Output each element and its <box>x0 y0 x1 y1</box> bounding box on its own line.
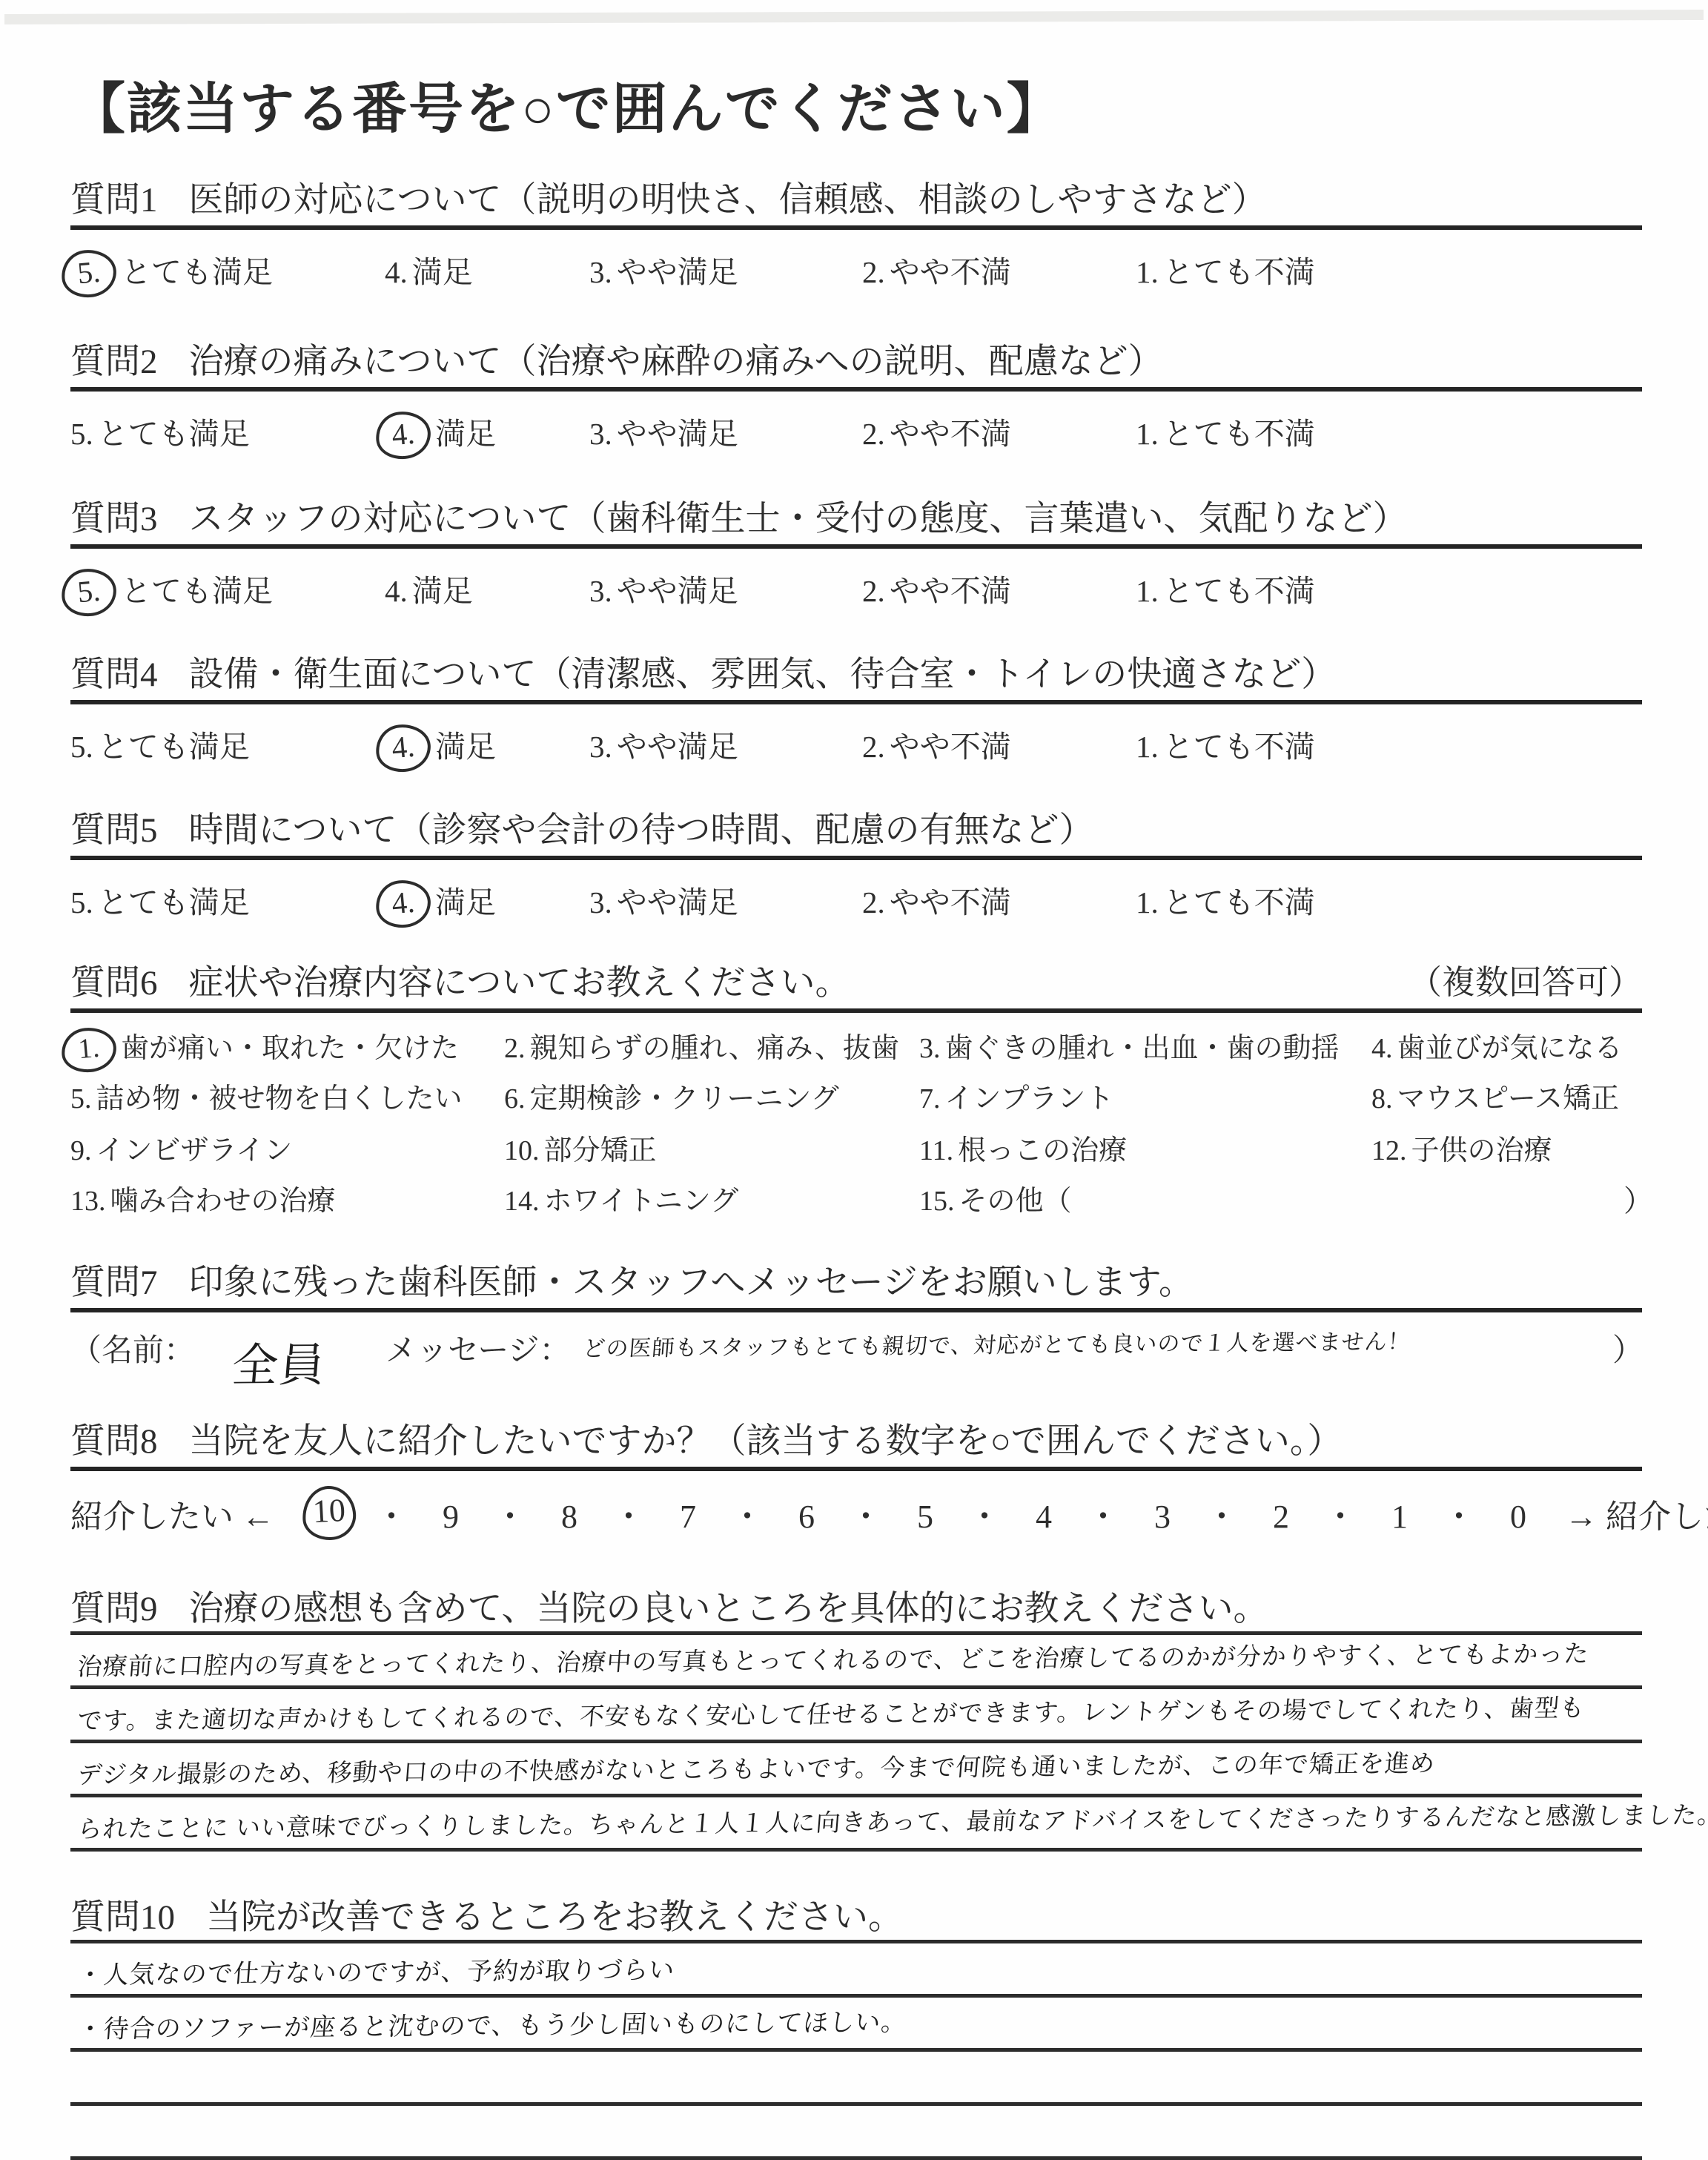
item-label: マウスピース矯正 <box>1397 1083 1619 1114</box>
q6-item-12[interactable]: 12.子供の治療 <box>1371 1127 1552 1168</box>
question-2-section: 質問2治療の痛みについて（治療や麻酔の痛みへの説明、配慮など） 5.とても満足 … <box>70 334 1642 460</box>
option-number: 2. <box>862 574 885 608</box>
handwritten-text: ・人気なので仕方ないのですが、予約が取りづらい <box>76 1949 676 1991</box>
scan-artifact-band <box>4 10 1704 24</box>
option-number: 2. <box>862 885 885 919</box>
option-label: 満足 <box>412 255 473 289</box>
handwritten-text: ・待合のソファーが座ると沈むので、もう少し固いものにしてほしい。 <box>76 2001 909 2045</box>
item-number: 15. <box>919 1186 955 1217</box>
option-number: 1. <box>1136 730 1159 764</box>
question-8-header: 質問8当院を友人に紹介したいですか？（該当する数字を○で囲んでください。） <box>70 1413 1642 1461</box>
question-6-header: 質問6症状や治療内容についてお教えください。 <box>70 955 1642 1003</box>
question-9-header: 質問9治療の感想も含めて、当院の良いところを具体的にお教えください。 <box>70 1581 1642 1628</box>
option-label: とても不満 <box>1163 255 1315 289</box>
question-6-items: 1.歯が痛い・取れた・欠けた 2.親知らずの腫れ、痛み、抜歯 3.歯ぐきの腫れ・… <box>70 1025 1642 1223</box>
item-label: インプラント <box>945 1083 1114 1114</box>
q9-answer-line-4[interactable]: られたことに いい意味でびっくりしました。ちゃんと１人１人に向きあって、最前なア… <box>70 1797 1642 1852</box>
item-label: 根っこの治療 <box>958 1135 1127 1166</box>
circled-scale-value[interactable]: 10 <box>301 1484 357 1542</box>
q3-option-2[interactable]: 2.やや不満 <box>862 567 1011 610</box>
answer-close-paren: ） <box>1612 1326 1644 1370</box>
question-3-title: スタッフの対応について（歯科衛生士・受付の態度、言葉遣い、気配りなど） <box>189 500 1408 538</box>
item-label: ホワイトニング <box>544 1186 739 1217</box>
q6-item-14[interactable]: 14.ホワイトニング <box>504 1178 738 1218</box>
question-3-section: 質問3スタッフの対応について（歯科衛生士・受付の態度、言葉遣い、気配りなど） 5… <box>70 491 1642 617</box>
q4-option-4[interactable]: 4.満足 <box>385 722 496 767</box>
name-field-value[interactable]: 全員 <box>230 1328 328 1395</box>
option-number: 1. <box>1136 885 1159 919</box>
option-label: やや満足 <box>617 255 738 289</box>
q1-option-1[interactable]: 1.とても不満 <box>1136 248 1315 291</box>
handwritten-text: 治療前に口腔内の写真をとってくれたり、治療中の写真もとってくれるので、どこを治療… <box>76 1634 1591 1682</box>
item-label: インビザライン <box>96 1135 293 1166</box>
q4-option-5[interactable]: 5.とても満足 <box>70 722 250 766</box>
option-number: 3. <box>589 574 612 608</box>
option-number: 4. <box>385 255 408 289</box>
question-8-section: 質問8当院を友人に紹介したいですか？（該当する数字を○で囲んでください。） 紹介… <box>70 1413 1642 1540</box>
divider-rule <box>70 1008 1642 1013</box>
option-label: とても満足 <box>121 255 273 289</box>
item-label: 親知らずの腫れ、痛み、抜歯 <box>530 1033 900 1064</box>
option-label: とても不満 <box>1163 885 1315 919</box>
q3-option-5[interactable]: 5.とても満足 <box>70 567 273 612</box>
page-title: 【該当する番号を○で囲んでください】 <box>70 65 1642 144</box>
other-field-close-paren: ） <box>1623 1178 1653 1220</box>
q9-answer-line-3[interactable]: デジタル撮影のため、移動や口の中の不快感がないところもよいです。今まで何院も通い… <box>70 1743 1642 1797</box>
question-5-options: 5.とても満足 4.満足 3.やや満足 2.やや不満 1.とても不満 <box>70 873 1642 928</box>
option-number: 3. <box>589 255 612 289</box>
option-number: 3. <box>589 885 612 919</box>
q3-option-3[interactable]: 3.やや満足 <box>589 567 738 610</box>
option-label: やや満足 <box>617 730 738 764</box>
q6-item-1[interactable]: 1.歯が痛い・取れた・欠けた <box>70 1025 459 1068</box>
item-label: 子供の治療 <box>1411 1135 1552 1166</box>
survey-scan-page: 【該当する番号を○で囲んでください】 質問1医師の対応について（説明の明快さ、信… <box>0 0 1708 2160</box>
q6-item-8[interactable]: 8.マウスピース矯正 <box>1371 1075 1619 1116</box>
message-field-value[interactable]: どの医師もスタッフもとても親切で、対応がとても良いので１人を選べません！ <box>582 1323 1412 1363</box>
q1-option-4[interactable]: 4.満足 <box>385 248 473 291</box>
question-1-options: 5.とても満足 4.満足 3.やや満足 2.やや不満 1.とても不満 <box>70 243 1642 298</box>
q4-option-1[interactable]: 1.とても不満 <box>1136 722 1315 766</box>
q9-answer-line-1[interactable]: 治療前に口腔内の写真をとってくれたり、治療中の写真もとってくれるので、どこを治療… <box>70 1635 1642 1689</box>
item-label: その他（ <box>959 1186 1072 1217</box>
question-4-options: 5.とても満足 4.満足 3.やや満足 2.やや不満 1.とても不満 <box>70 718 1642 773</box>
question-4-section: 質問4設備・衛生面について（清潔感、雰囲気、待合室・トイレの快適さなど） 5.と… <box>70 647 1642 773</box>
handwritten-text: デジタル撮影のため、移動や口の中の不快感がないところもよいです。今まで何院も通い… <box>76 1744 1437 1791</box>
q6-item-3[interactable]: 3.歯ぐきの腫れ・出血・歯の動揺 <box>919 1025 1340 1066</box>
item-number: 14. <box>504 1186 540 1217</box>
item-number: 11. <box>919 1135 953 1166</box>
option-label: 満足 <box>435 417 496 451</box>
item-label: 定期検診・クリーニング <box>530 1083 839 1114</box>
option-label: とても不満 <box>1163 730 1315 764</box>
question-1-section: 質問1医師の対応について（説明の明快さ、信頼感、相談のしやすさなど） 5.とても… <box>70 172 1642 298</box>
q5-option-3[interactable]: 3.やや満足 <box>589 878 738 922</box>
question-1-header: 質問1医師の対応について（説明の明快さ、信頼感、相談のしやすさなど） <box>70 172 1642 219</box>
option-label: とても満足 <box>98 417 250 451</box>
q2-option-1[interactable]: 1.とても不満 <box>1136 409 1315 453</box>
question-6-title: 症状や治療内容についてお教えください。 <box>189 964 850 1003</box>
option-label: やや満足 <box>617 417 738 451</box>
option-number: 3. <box>589 730 612 764</box>
question-7-title: 印象に残った歯科医師・スタッフへメッセージをお願いします。 <box>189 1264 1194 1302</box>
item-number: 10. <box>504 1135 540 1166</box>
scale-left-label: 紹介したい ← <box>70 1490 274 1537</box>
item-label: 詰め物・被せ物を白くしたい <box>96 1083 463 1114</box>
circled-answer-mark: 4. <box>374 409 432 461</box>
q6-item-4[interactable]: 4.歯並びが気になる <box>1371 1025 1623 1066</box>
option-label: やや不満 <box>890 574 1011 608</box>
q10-answer-line-4-empty[interactable] <box>70 2106 1642 2160</box>
divider-rule <box>70 700 1642 704</box>
question-1-title: 医師の対応について（説明の明快さ、信頼感、相談のしやすさなど） <box>189 181 1267 219</box>
option-number: 2. <box>862 730 885 764</box>
question-2-title: 治療の痛みについて（治療や麻酔の痛みへの説明、配慮など） <box>189 343 1163 381</box>
item-label: 歯並びが気になる <box>1397 1033 1623 1064</box>
item-label: 歯ぐきの腫れ・出血・歯の動揺 <box>945 1033 1340 1064</box>
item-number: 8. <box>1371 1083 1393 1114</box>
option-number: 5. <box>70 730 93 764</box>
scale-right-label: → 紹介したくない <box>1565 1490 1708 1537</box>
option-label: やや満足 <box>617 574 738 608</box>
q9-answer-line-2[interactable]: です。また適切な声かけもしてくれるので、不安もなく安心して任せることができます。… <box>70 1689 1642 1743</box>
question-10-title: 当院が改善できるところをお教えください。 <box>206 1898 903 1937</box>
q4-option-2[interactable]: 2.やや不満 <box>862 722 1011 766</box>
item-number: 13. <box>70 1186 106 1217</box>
q6-item-11[interactable]: 11.根っこの治療 <box>919 1127 1127 1168</box>
q1-option-2[interactable]: 2.やや不満 <box>862 248 1011 291</box>
divider-rule <box>70 1467 1642 1471</box>
item-number: 3. <box>919 1033 941 1064</box>
name-field-label: （名前： <box>70 1326 195 1370</box>
item-label: 噛み合わせの治療 <box>110 1186 336 1217</box>
question-6-label: 質問6 <box>70 964 158 1003</box>
question-9-title: 治療の感想も含めて、当院の良いところを具体的にお教えください。 <box>189 1590 1268 1628</box>
item-number: 7. <box>919 1083 941 1114</box>
question-10-section: 質問10当院が改善できるところをお教えください。 ・人気なので仕方ないのですが、… <box>70 1889 1642 2160</box>
scale-numbers[interactable]: ・ 9 ・ 8 ・ 7 ・ 6 ・ 5 ・ 4 ・ 3 ・ 2 ・ 1 ・ 0 <box>375 1490 1540 1537</box>
q6-item-2[interactable]: 2.親知らずの腫れ、痛み、抜歯 <box>504 1025 899 1066</box>
question-5-title: 時間について（診察や会計の待つ時間、配慮の有無など） <box>189 811 1094 850</box>
option-label: やや不満 <box>890 730 1011 764</box>
item-number: 5. <box>70 1083 92 1114</box>
divider-rule <box>70 387 1642 392</box>
option-number: 5. <box>70 885 93 919</box>
question-3-header: 質問3スタッフの対応について（歯科衛生士・受付の態度、言葉遣い、気配りなど） <box>70 491 1642 538</box>
circled-answer-mark: 4. <box>374 722 432 774</box>
q1-option-5[interactable]: 5.とても満足 <box>70 248 273 293</box>
option-number: 3. <box>589 417 612 451</box>
option-label: とても満足 <box>98 885 250 919</box>
divider-rule <box>70 856 1642 860</box>
q6-item-6[interactable]: 6.定期検診・クリーニング <box>504 1075 839 1116</box>
circled-answer-mark: 4. <box>374 878 432 930</box>
q10-answer-line-1[interactable]: ・人気なので仕方ないのですが、予約が取りづらい <box>70 1943 1642 1998</box>
question-6-section: 質問6症状や治療内容についてお教えください。 （複数回答可） 1.歯が痛い・取れ… <box>70 955 1642 1223</box>
question-4-header: 質問4設備・衛生面について（清潔感、雰囲気、待合室・トイレの快適さなど） <box>70 647 1642 694</box>
question-7-answer-row: （名前： 全員 メッセージ： どの医師もスタッフもとても親切で、対応がとても良い… <box>70 1312 1642 1405</box>
question-10-label: 質問10 <box>70 1898 175 1937</box>
item-label: 部分矯正 <box>544 1135 657 1166</box>
circled-answer-mark: 1. <box>60 1025 119 1074</box>
question-3-label: 質問3 <box>70 500 158 538</box>
option-label: やや満足 <box>617 885 738 919</box>
handwritten-text: られたことに いい意味でびっくりしました。ちゃんと１人１人に向きあって、最前なア… <box>76 1796 1708 1845</box>
option-number: 1. <box>1136 255 1159 289</box>
option-number: 1. <box>1136 417 1159 451</box>
q3-option-1[interactable]: 1.とても不満 <box>1136 567 1315 610</box>
question-4-label: 質問4 <box>70 655 158 694</box>
question-1-label: 質問1 <box>70 181 158 219</box>
recommend-scale: 紹介したい ← 10 ・ 9 ・ 8 ・ 7 ・ 6 ・ 5 ・ 4 ・ 3 ・… <box>70 1486 1642 1540</box>
q6-item-7[interactable]: 7.インプラント <box>919 1075 1114 1116</box>
option-label: とても不満 <box>1163 417 1315 451</box>
q6-item-9[interactable]: 9.インビザライン <box>70 1127 292 1168</box>
question-7-header: 質問7印象に残った歯科医師・スタッフへメッセージをお願いします。 <box>70 1255 1642 1302</box>
option-label: 満足 <box>412 574 473 608</box>
q6-item-15[interactable]: 15.その他（ <box>919 1178 1072 1218</box>
q10-answer-line-2[interactable]: ・待合のソファーが座ると沈むので、もう少し固いものにしてほしい。 <box>70 1998 1642 2052</box>
divider-rule <box>70 225 1642 230</box>
question-5-section: 質問5時間について（診察や会計の待つ時間、配慮の有無など） 5.とても満足 4.… <box>70 802 1642 928</box>
q2-option-2[interactable]: 2.やや不満 <box>862 409 1011 453</box>
q1-option-3[interactable]: 3.やや満足 <box>589 248 738 291</box>
option-label: とても不満 <box>1163 574 1315 608</box>
question-10-header: 質問10当院が改善できるところをお教えください。 <box>70 1889 1642 1937</box>
item-number: 2. <box>504 1033 526 1064</box>
q5-option-5[interactable]: 5.とても満足 <box>70 878 250 922</box>
q6-item-10[interactable]: 10.部分矯正 <box>504 1127 657 1168</box>
message-field-label: メッセージ： <box>385 1326 570 1370</box>
q2-option-5[interactable]: 5.とても満足 <box>70 409 250 453</box>
question-4-title: 設備・衛生面について（清潔感、雰囲気、待合室・トイレの快適さなど） <box>189 655 1337 694</box>
q4-option-3[interactable]: 3.やや満足 <box>589 722 738 766</box>
option-label: とても満足 <box>121 574 273 608</box>
circled-answer-mark: 5. <box>59 248 118 300</box>
question-7-label: 質問7 <box>70 1264 158 1302</box>
option-number: 2. <box>862 417 885 451</box>
option-label: やや不満 <box>890 417 1011 451</box>
q6-item-5[interactable]: 5.詰め物・被せ物を白くしたい <box>70 1075 463 1116</box>
page-title-text: 【該当する番号を○で囲んでください】 <box>70 65 1642 144</box>
handwritten-text: です。また適切な声かけもしてくれるので、不安もなく安心して任せることができます。… <box>76 1688 1586 1737</box>
item-number: 4. <box>1371 1033 1393 1064</box>
question-7-section: 質問7印象に残った歯科医師・スタッフへメッセージをお願いします。 （名前： 全員… <box>70 1255 1642 1405</box>
question-2-label: 質問2 <box>70 343 158 381</box>
q2-option-4[interactable]: 4.満足 <box>385 409 496 455</box>
question-9-section: 質問9治療の感想も含めて、当院の良いところを具体的にお教えください。 治療前に口… <box>70 1581 1642 1852</box>
item-number: 6. <box>504 1083 526 1114</box>
q10-answer-line-3-empty[interactable] <box>70 2052 1642 2106</box>
q3-option-4[interactable]: 4.満足 <box>385 567 473 610</box>
circled-answer-mark: 5. <box>59 567 118 618</box>
q5-option-1[interactable]: 1.とても不満 <box>1136 878 1315 922</box>
option-label: やや不満 <box>890 885 1011 919</box>
option-number: 5. <box>70 417 93 451</box>
question-9-label: 質問9 <box>70 1590 158 1628</box>
question-3-options: 5.とても満足 4.満足 3.やや満足 2.やや不満 1.とても不満 <box>70 562 1642 617</box>
option-number: 4. <box>385 574 408 608</box>
q2-option-3[interactable]: 3.やや満足 <box>589 409 738 453</box>
question-2-options: 5.とても満足 4.満足 3.やや満足 2.やや不満 1.とても不満 <box>70 405 1642 460</box>
option-label: 満足 <box>435 730 496 764</box>
option-label: 満足 <box>435 885 496 919</box>
option-label: とても満足 <box>98 730 250 764</box>
question-5-header: 質問5時間について（診察や会計の待つ時間、配慮の有無など） <box>70 802 1642 850</box>
option-label: やや不満 <box>890 255 1011 289</box>
question-8-label: 質問8 <box>70 1422 158 1461</box>
question-5-label: 質問5 <box>70 811 158 850</box>
q5-option-2[interactable]: 2.やや不満 <box>862 878 1011 922</box>
option-number: 1. <box>1136 574 1159 608</box>
multiple-answers-note: （複数回答可） <box>1409 955 1642 1003</box>
item-number: 9. <box>70 1135 92 1166</box>
q6-item-13[interactable]: 13.噛み合わせの治療 <box>70 1178 336 1218</box>
q5-option-4[interactable]: 4.満足 <box>385 878 496 923</box>
item-number: 12. <box>1371 1135 1407 1166</box>
item-label: 歯が痛い・取れた・欠けた <box>121 1033 459 1064</box>
question-8-title: 当院を友人に紹介したいですか？（該当する数字を○で囲んでください。） <box>189 1422 1343 1461</box>
question-2-header: 質問2治療の痛みについて（治療や麻酔の痛みへの説明、配慮など） <box>70 334 1642 381</box>
option-number: 2. <box>862 255 885 289</box>
divider-rule <box>70 544 1642 549</box>
